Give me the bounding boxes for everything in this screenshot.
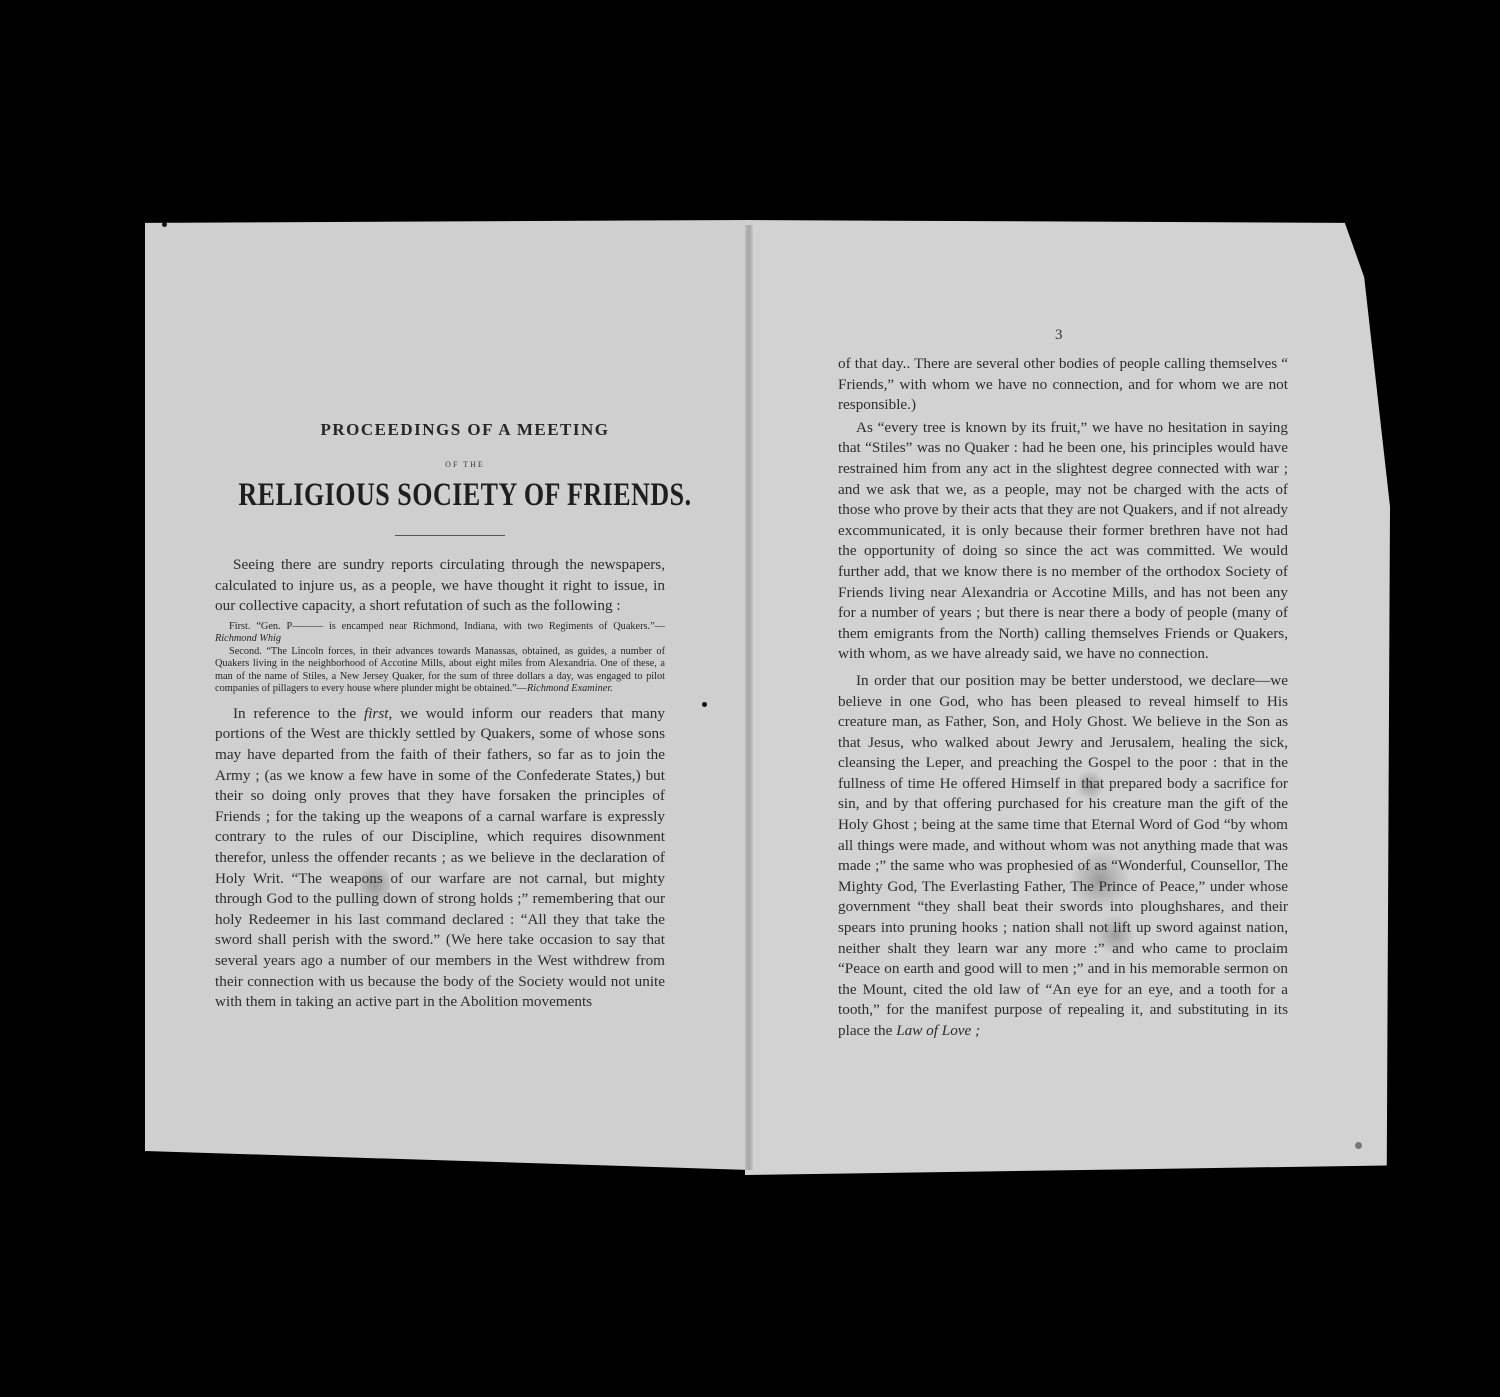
paragraph-3: In order that our position may be better… [838, 671, 1288, 1042]
speck [1355, 1142, 1362, 1149]
title-line-2: OF THE [230, 460, 700, 469]
scanned-document: PROCEEDINGS OF A MEETING OF THE RELIGIOU… [0, 0, 1500, 1397]
paragraph-2: As “every tree is known by its fruit,” w… [838, 418, 1288, 665]
quote-second: Second. “The Lincoln forces, in their ad… [215, 646, 665, 696]
body-paragraph: In reference to the first, we would info… [215, 704, 665, 1013]
left-column: Seeing there are sundry reports circulat… [215, 555, 665, 1013]
paragraph-1: of that day.. There are several other bo… [838, 354, 1288, 416]
speck [162, 222, 167, 227]
title-rule [395, 535, 505, 536]
quoted-reports: First. “Gen. P——— is encamped near Richm… [215, 621, 665, 696]
speck [702, 702, 707, 707]
title-line-1: PROCEEDINGS OF A MEETING [230, 420, 700, 440]
right-column: of that day.. There are several other bo… [838, 354, 1288, 1042]
page-number: 3 [1055, 327, 1063, 344]
intro-paragraph: Seeing there are sundry reports circulat… [215, 555, 665, 617]
title-line-3: RELIGIOUS SOCIETY OF FRIENDS. [230, 476, 700, 514]
quote-first: First. “Gen. P——— is encamped near Richm… [215, 621, 665, 646]
page-gutter [745, 225, 753, 1170]
